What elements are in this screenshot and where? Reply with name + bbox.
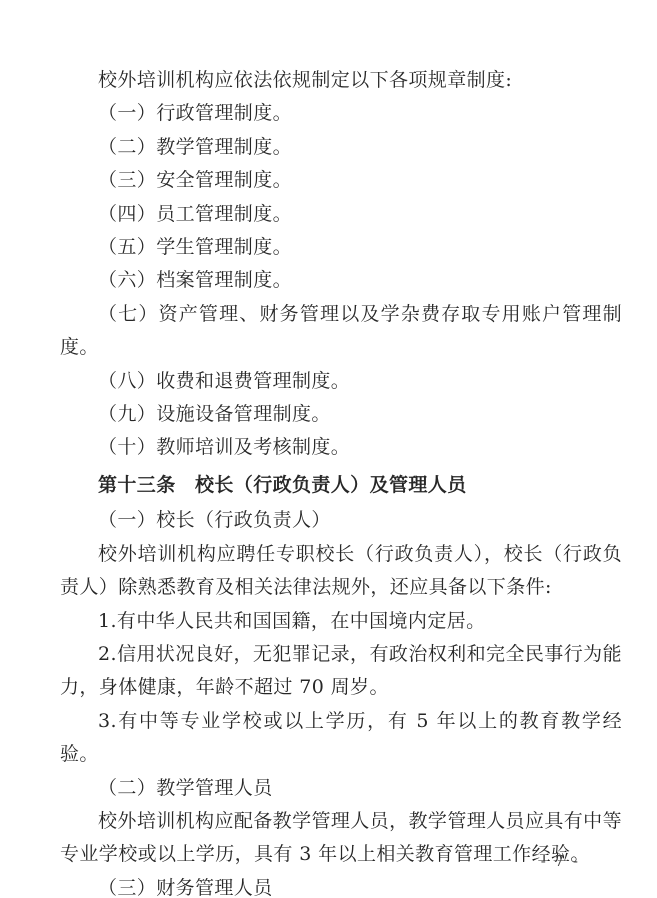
list-item-2: （二）教学管理制度。	[60, 131, 622, 164]
list-item-6: （六）档案管理制度。	[60, 264, 622, 297]
list-item-5: （五）学生管理制度。	[60, 231, 622, 264]
sub-heading-principal: （一）校长（行政负责人）	[60, 504, 622, 537]
document-page: 校外培训机构应依法依规制定以下各项规章制度: （一）行政管理制度。 （二）教学管…	[0, 0, 657, 898]
list-item-10: （十）教师培训及考核制度。	[60, 431, 622, 464]
intro-paragraph: 校外培训机构应依法依规制定以下各项规章制度:	[60, 64, 622, 97]
list-item-3: （三）安全管理制度。	[60, 164, 622, 197]
sub-heading-finance: （三）财务管理人员	[60, 872, 622, 898]
numbered-item-1: 1.有中华人民共和国国籍，在中国境内定居。	[60, 605, 622, 638]
document-body: 校外培训机构应依法依规制定以下各项规章制度: （一）行政管理制度。 （二）教学管…	[60, 64, 622, 898]
article-13-heading: 第十三条 校长（行政负责人）及管理人员	[60, 469, 622, 502]
body-paragraph-principal: 校外培训机构应聘任专职校长（行政负责人），校长（行政负责人）除熟悉教育及相关法律…	[60, 538, 622, 605]
list-item-1: （一）行政管理制度。	[60, 97, 622, 130]
body-paragraph-teaching: 校外培训机构应配备教学管理人员，教学管理人员应具有中等专业学校或以上学历，具有 …	[60, 805, 622, 872]
page-number: - 7 -	[541, 852, 580, 870]
list-item-8: （八）收费和退费管理制度。	[60, 365, 622, 398]
numbered-item-3: 3.有中等专业学校或以上学历，有 5 年以上的教育教学经验。	[60, 705, 622, 772]
numbered-item-2: 2.信用状况良好，无犯罪记录，有政治权利和完全民事行为能力，身体健康，年龄不超过…	[60, 638, 622, 705]
list-item-7: （七）资产管理、财务管理以及学杂费存取专用账户管理制度。	[60, 298, 622, 365]
list-item-4: （四）员工管理制度。	[60, 198, 622, 231]
list-item-9: （九）设施设备管理制度。	[60, 398, 622, 431]
sub-heading-teaching: （二）教学管理人员	[60, 772, 622, 805]
